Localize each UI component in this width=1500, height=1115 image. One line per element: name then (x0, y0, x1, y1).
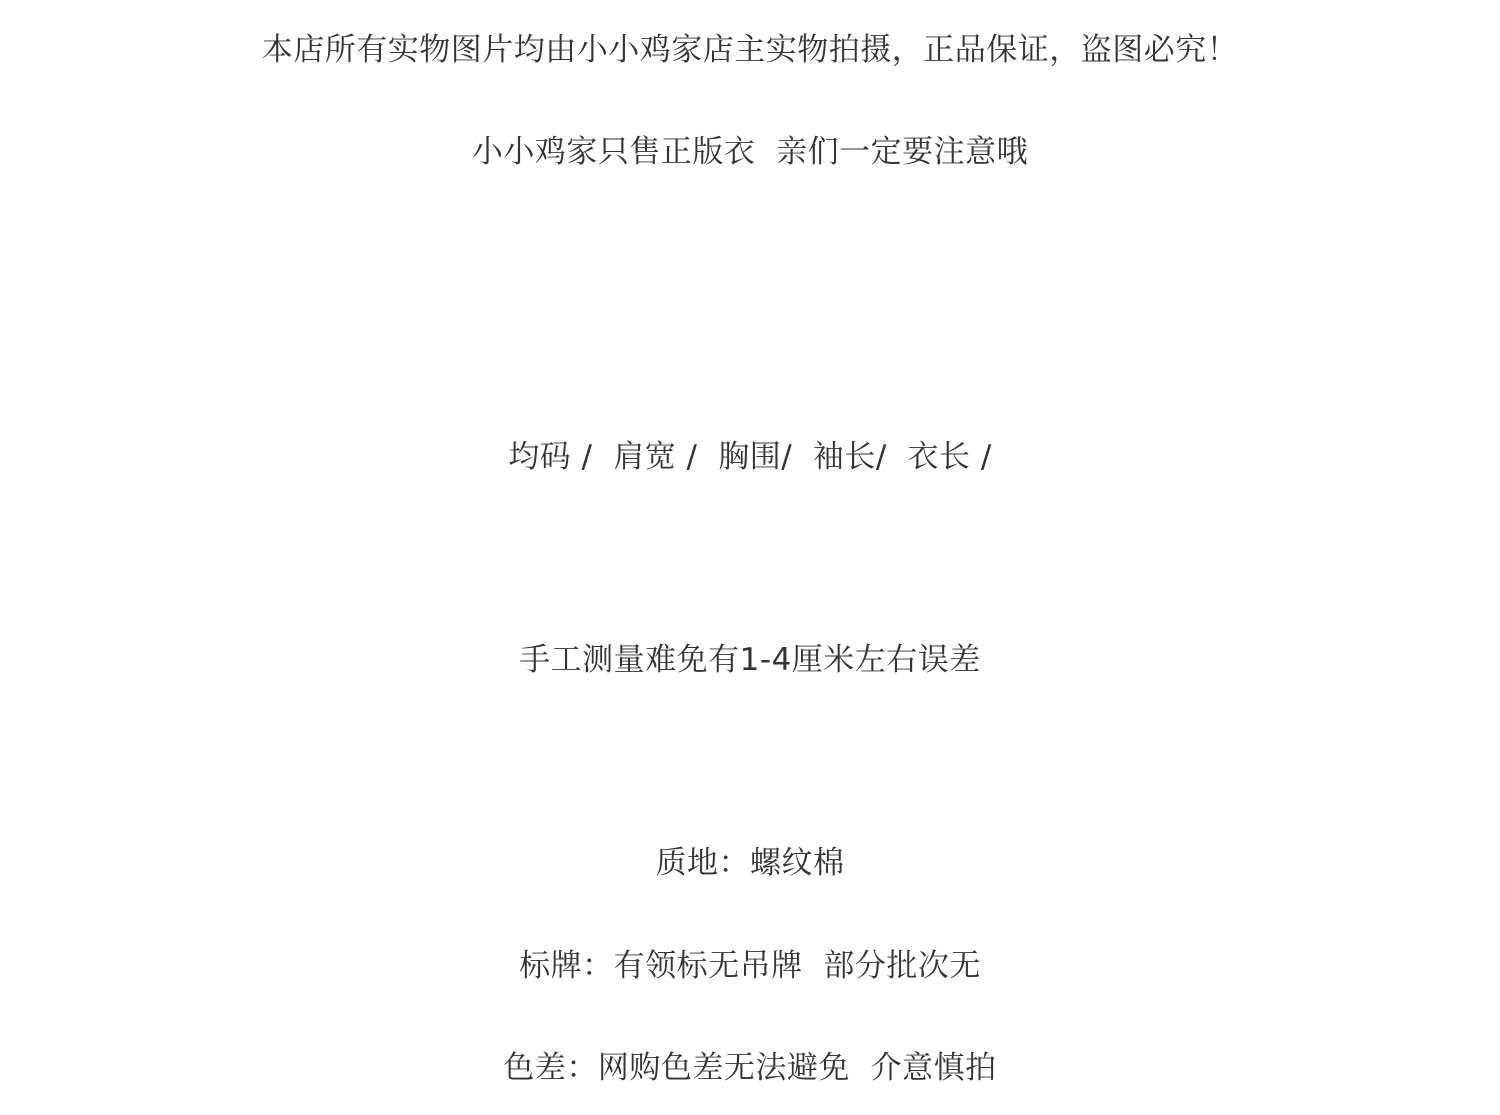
measurement-error-note: 手工测量难免有1-4厘米左右误差 (0, 640, 1500, 680)
color-difference-note: 色差：网购色差无法避免 介意慎拍 (0, 1048, 1500, 1088)
authenticity-notice: 本店所有实物图片均由小小鸡家店主实物拍摄，正品保证，盗图必究！ (0, 30, 1500, 70)
material-info: 质地：螺纹棉 (0, 843, 1500, 883)
genuine-only-notice: 小小鸡家只售正版衣 亲们一定要注意哦 (0, 132, 1500, 172)
label-tag-info: 标牌：有领标无吊牌 部分批次无 (0, 946, 1500, 986)
size-header: 均码 / 肩宽 / 胸围/ 袖长/ 衣长 / (0, 437, 1500, 477)
